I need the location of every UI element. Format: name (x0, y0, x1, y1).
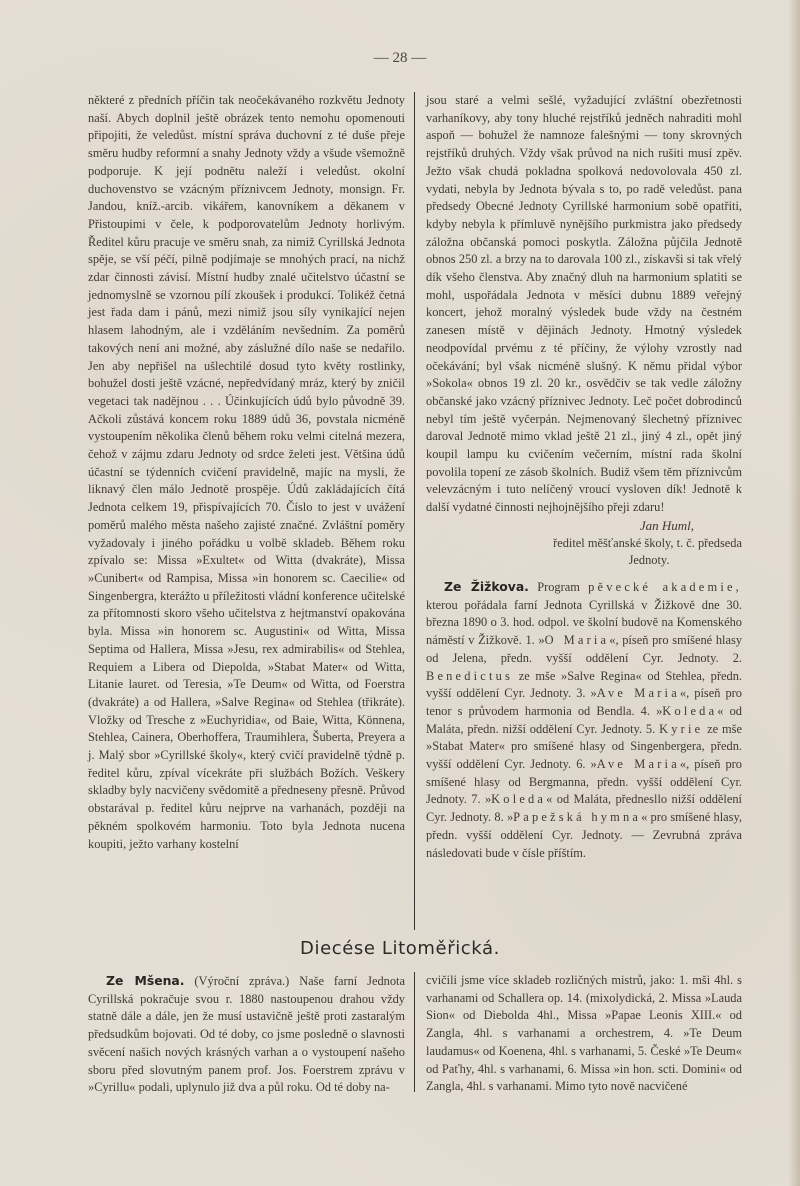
article-continuation-right-column: jsou staré a velmi sešlé, vyžadující zvl… (426, 92, 742, 862)
zizkov-report: Ze Žižkova. Program pěvecké akademie, kt… (426, 578, 742, 862)
signature-title-continued: Jednoty. (426, 552, 742, 570)
paragraph: některé z předních příčin tak neočekávan… (88, 92, 405, 853)
signature-name: Jan Huml, (426, 517, 742, 535)
zizkov-program-word: Program (537, 580, 580, 594)
program-item-2: Benedictus (426, 669, 513, 683)
program-item-1: O Maria (545, 633, 610, 647)
program-item-8: Papežská hymna (513, 810, 641, 824)
msen-report-right-column: cvičili jsme více skladeb rozličných mis… (426, 972, 742, 1096)
section-heading: Diecése Litoměřická. (0, 938, 800, 959)
msen-report: Ze Mšena. (Výroční zpráva.) Naše farní J… (88, 972, 405, 1097)
program-item-5: Kyrie (659, 722, 703, 736)
page-number: — 28 — (0, 50, 800, 67)
msen-text: (Výroční zpráva.) Naše farní Jednota Cyr… (88, 974, 405, 1094)
program-item-6: Ave Maria (597, 757, 680, 771)
page-edge-shadow (788, 0, 800, 1186)
column-divider-bottom (414, 972, 415, 1092)
msen-continuation: cvičili jsme více skladeb rozličných mis… (426, 972, 742, 1096)
msen-report-left-column: Ze Mšena. (Výroční zpráva.) Naše farní J… (88, 972, 405, 1097)
program-item-7: Koleda (491, 792, 546, 806)
program-item-3: Ave Maria (597, 686, 680, 700)
zizkov-lead: Ze Žižkova. (444, 579, 529, 594)
paragraph: jsou staré a velmi sešlé, vyžadující zvl… (426, 92, 742, 517)
article-continuation-left-column: některé z předních příčin tak neočekávan… (88, 92, 405, 853)
signature-title: ředitel měšťanské školy, t. č. předseda (426, 535, 742, 553)
msen-lead: Ze Mšena. (106, 973, 185, 988)
column-divider-top (414, 92, 415, 930)
program-item-4: Koleda (662, 704, 717, 718)
zizkov-spaced-title: pěvecké akademie, (588, 580, 742, 594)
